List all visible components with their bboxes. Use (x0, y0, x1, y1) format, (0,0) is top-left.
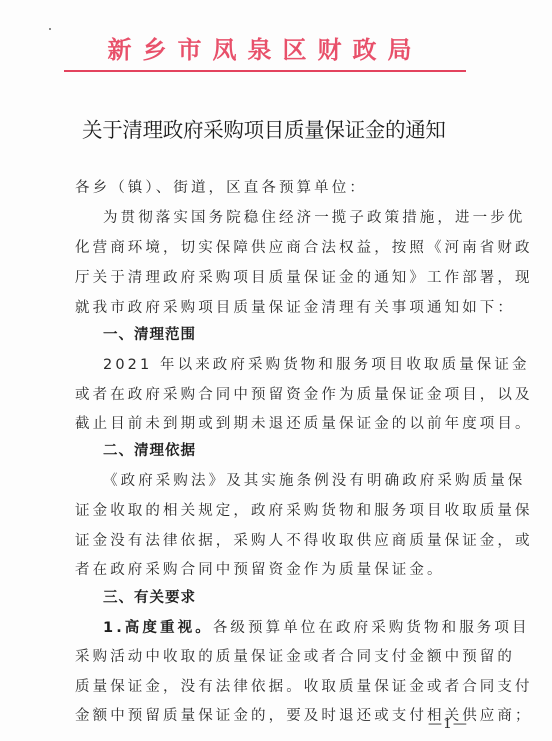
section-2-heading: 二、清理依据 (103, 441, 513, 461)
page-number: —1— (428, 716, 468, 732)
issuer-masthead: 新乡市凤泉区财政局 (64, 36, 466, 64)
salutation: 各乡（镇）、街道，区直各预算单位： (75, 178, 485, 198)
intro-line-4: 就我市政府采购项目质量保证金清理有关事项通知如下： (75, 298, 485, 318)
intro-line-3: 厅关于清理政府采购项目质量保证金的通知》工作部署，现 (75, 268, 485, 288)
item-1-text: 各级预算单位在政府采购货物和服务项目 (213, 620, 530, 636)
intro-line-2: 化营商环境，切实保障供应商合法权益，按照《河南省财政 (75, 238, 485, 258)
intro-line-1: 为贯彻落实国务院稳住经济一揽子政策措施，进一步优 (103, 208, 513, 228)
section-1-line-3: 截止目前未到期或到期未退还质量保证金的以前年度项目。 (75, 414, 485, 434)
section-1-line-1: 2021 年以来政府采购货物和服务项目收取质量保证金 (103, 355, 513, 375)
section-2-line-3: 证金没有法律依据，采购人不得收取供应商质量保证金，或 (75, 531, 485, 551)
section-3-heading: 三、有关要求 (103, 588, 513, 608)
section-3-line-4: 金额中预留质量保证金的，要及时退还或支付相关供应商； (75, 706, 485, 726)
section-3-line-3: 质量保证金，没有法律依据。收取质量保证金或者合同支付 (75, 677, 485, 697)
section-3-line-2: 采购活动中收取的质量保证金或者合同支付金额中预留的 (75, 647, 485, 667)
section-2-line-1: 《政府采购法》及其实施条例没有明确政府采购质量保 (103, 471, 513, 491)
item-1-lead: 1.高度重视。 (103, 620, 213, 636)
masthead-red-rule (64, 70, 466, 72)
document-page: 新乡市凤泉区财政局 关于清理政府采购项目质量保证金的通知 各乡（镇）、街道，区直… (0, 0, 552, 741)
document-title: 关于清理政府采购项目质量保证金的通知 (82, 117, 482, 143)
scan-speck (49, 28, 51, 30)
section-2-line-2: 证金收取的相关规定，政府采购货物和服务项目收取质量保 (75, 501, 485, 521)
section-1-line-2: 或者在政府采购合同中预留资金作为质量保证金项目，以及 (75, 385, 485, 405)
section-1-heading: 一、清理范围 (103, 325, 513, 345)
section-2-line-4: 者在政府采购合同中预留资金作为质量保证金。 (75, 560, 485, 580)
section-3-line-1: 1.高度重视。各级预算单位在政府采购货物和服务项目 (103, 618, 513, 638)
